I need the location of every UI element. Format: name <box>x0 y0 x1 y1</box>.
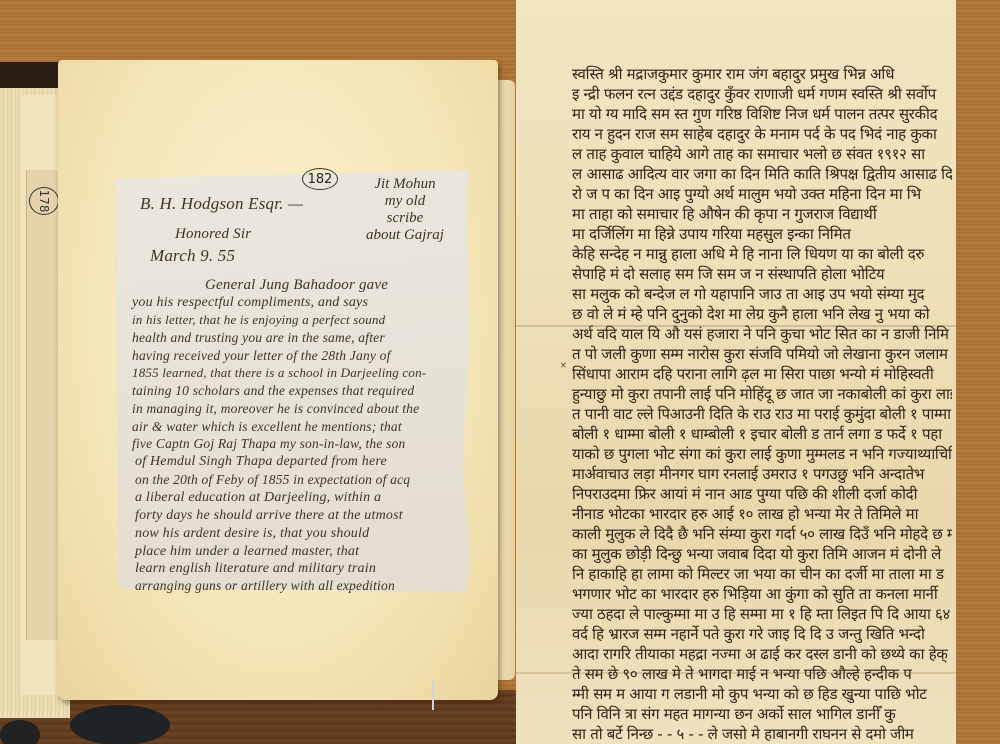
letter-line: of Hemdul Singh Thapa departed from here <box>135 454 387 470</box>
manuscript-line: हुन्याछु मो कुरा तपानी लाई पनि मोहिंदू छ… <box>572 384 952 404</box>
letter-line: taining 10 scholars and the expenses tha… <box>132 383 414 399</box>
letter-addressee: B. H. Hodgson Esqr. — <box>140 194 303 214</box>
letter-line: 1855 learned, that there is a school in … <box>132 365 426 381</box>
letter-line: five Captn Goj Raj Thapa my son-in-law, … <box>132 436 406 452</box>
letter-line: a liberal education at Darjeeling, withi… <box>135 490 381 506</box>
manuscript-line: सिंधापा आराम दहि पराना लागि ढ़ल मा सिरा … <box>572 364 952 384</box>
manuscript-line: नि हाकाहि हा लामा को मिल्टर जा भया का ची… <box>572 564 952 584</box>
manuscript-line: सा मलुक को बन्देज ल गो यहापानि जाउ ता आइ… <box>572 284 952 304</box>
manuscript-line: निपराउदमा फ्रिर आयां मं नान आड पुग्या पछ… <box>572 484 952 504</box>
foam-support <box>0 720 40 744</box>
manuscript-line: स्वस्ति श्री मद्राजकुमार कुमार राम जंग ब… <box>572 64 952 84</box>
letter-line: arranging guns or artillery with all exp… <box>135 578 395 594</box>
letter-salutation: Honored Sir <box>175 226 251 243</box>
manuscript-line: ते सम छे ९० लाख मे ते भागदा माई न भन्या … <box>572 664 952 684</box>
letter-line: forty days he should arrive there at the… <box>135 508 403 524</box>
manuscript-line: रो ज प का दिन आइ पुग्यो अर्थ मालुम भयो उ… <box>572 184 952 204</box>
letter-line: learn english literature and military tr… <box>135 561 376 577</box>
letter-line: General Jung Bahadoor gave <box>205 277 388 294</box>
side-note-line: my old <box>340 193 470 210</box>
manuscript-line: अर्थ वदि याल यि औ यसं हजारा ने पनि कुचा … <box>572 324 952 344</box>
letter-line: having received your letter of the 28th … <box>132 348 391 364</box>
manuscript-line: सेपाहि मं दो सलाह सम जि सम ज न संस्थापति… <box>572 264 952 284</box>
manuscript-line: ल ताह कुवाल चाहिये आगे ताह का समाचार भलो… <box>572 144 952 164</box>
manuscript-line: मार्अवाचाउ लड़ा मीनगर घाग रनलाई उमराउ १ … <box>572 464 952 484</box>
manuscript-line: त पानी वाट ल्ले पिआउनी दिति के राउ राउ म… <box>572 404 952 424</box>
photo-scene: 178 182 B. H. Hodgson Esqr. — Jit Mohun … <box>0 0 1000 744</box>
side-note-line: Jit Mohun <box>340 176 470 193</box>
manuscript-line: मा यो ग्य मादि सम स्त गुण गरिष्ठ विशिष्ट… <box>572 104 952 124</box>
letter-line: in his letter, that he is enjoying a per… <box>132 312 385 328</box>
side-note-line: about Gajraj <box>340 227 470 244</box>
spine-pin <box>432 680 434 710</box>
letter-line: now his ardent desire is, that you shoul… <box>135 526 369 542</box>
manuscript-line: राय न हुदन राज सम साहेब दहादुर के मनाम प… <box>572 124 952 144</box>
cross-mark: × <box>560 358 567 373</box>
manuscript-line: नीनाड भोटका भारदार हरु आई १० लाख हो भन्य… <box>572 504 952 524</box>
manuscript-line: ज्या ठहदा ले पाल्कुम्मा मा उ हि सम्मा मा… <box>572 604 952 624</box>
letter-date: March 9. 55 <box>150 246 235 266</box>
manuscript-line: का मुलुक छोड़ी दिन्छु भन्या जवाब दिदा यो… <box>572 544 952 564</box>
manuscript-line: त पो जली कुणा सम्म नारोस कुरा संजवि पमिय… <box>572 344 952 364</box>
manuscript-line: वर्द हि भ्रारज सम्म नहार्ने पते कुरा गरे… <box>572 624 952 644</box>
letter-line: on the 20th of Feby of 1855 in expectati… <box>135 472 410 488</box>
manuscript-line: इ न्द्री फलन रत्न उद्दंड दहादुर कुँवर रा… <box>572 84 952 104</box>
manuscript-line: सा तो बर्टे निन्छ - - ५ - - ले जसो मे हा… <box>572 724 952 744</box>
manuscript-line: भगणार भोट का भारदार हरु भिड़िया आ कुंगा … <box>572 584 952 604</box>
letter-side-note: Jit Mohun my old scribe about Gajraj <box>340 176 470 244</box>
letter-line: air & water which is excellent he mentio… <box>132 419 402 435</box>
manuscript-line: मा दर्जिलिंग मा हिन्ने उपाय गरिया महसुल … <box>572 224 952 244</box>
letter-line: health and trusting you are in the same,… <box>132 330 385 346</box>
letter-line: place him under a learned master, that <box>135 544 359 560</box>
letter-line: in managing it, moreover he is convinced… <box>132 401 419 417</box>
manuscript-line: आदा रागरि तीयाका महद्रा नज्मा अ ढाई कर द… <box>572 644 952 664</box>
manuscript-line: केहि सन्देह न मान्नु हाला अधि मे हि नाना… <box>572 244 952 264</box>
manuscript-line: मा ताहा को समाचार हि औषेन की कृपा न गुजर… <box>572 204 952 224</box>
manuscript-line: बोली १ धाम्मा बोली १ धाम्बोली १ इचार बोल… <box>572 424 952 444</box>
folio-number-178: 178 <box>29 187 59 215</box>
manuscript-line: छ वो ले मं म्हे पनि दुनुको देश मा लेग्र … <box>572 304 952 324</box>
manuscript-line: ल आसाढ आदित्य वार जगा का दिन मिति काति श… <box>572 164 952 184</box>
manuscript-line: पनि विनि त्रा संग महत मागन्या छन अर्को स… <box>572 704 952 724</box>
folio-number-182: 182 <box>302 168 338 190</box>
manuscript-line: याको छ पुगला भोट संगा कां कुरा लाई कुणा … <box>572 444 952 464</box>
foam-support-roll <box>70 705 170 744</box>
letter-line: you his respectful compliments, and says <box>132 295 368 311</box>
manuscript-line: काली मुलुक ले दिदै छै भनि संम्या कुरा गर… <box>572 524 952 544</box>
manuscript-line: म्मी सम म आया ग लडानी मो कुप भन्या को छ … <box>572 684 952 704</box>
side-note-line: scribe <box>340 210 470 227</box>
